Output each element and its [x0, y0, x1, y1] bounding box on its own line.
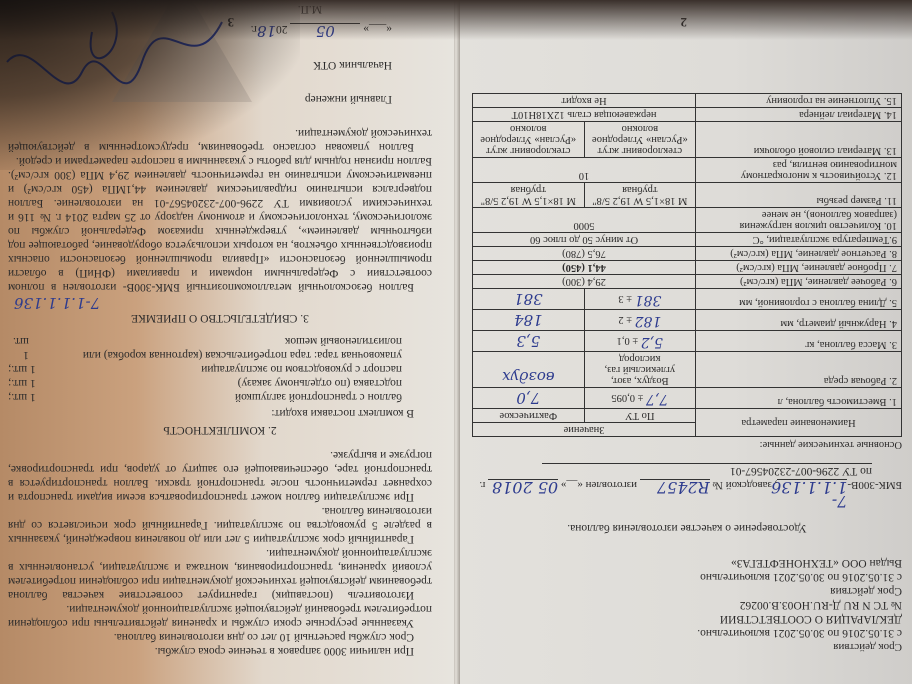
- param-cell: 13. Материал силовой оболочки: [696, 122, 902, 158]
- actual-handwritten: 5,3: [516, 332, 540, 350]
- warranty: Гарантийный срок эксплуатации 5 лет или …: [8, 504, 432, 546]
- value-cell: 44,1 (450): [473, 261, 696, 275]
- table-row: 15. Уплотнение на горловинуНе входит: [473, 94, 902, 108]
- value-cell: Не входит: [473, 94, 696, 108]
- by-tu-text: М 18×1,5 W 19,2 5/8" трубная: [592, 184, 687, 206]
- table-row: 8. Расчетное давление, МПа (кгс/см²)76,5…: [473, 247, 902, 261]
- actual-handwritten: 381: [514, 290, 543, 308]
- by-tu-cell: М 18×1,5 W 19,2 5/8" трубная: [584, 183, 696, 208]
- table-row: 9.Температура эксплуатации, °СОт минус 5…: [473, 233, 902, 247]
- table-row: 10. Количество циклов нагружения (заправ…: [473, 208, 902, 233]
- booklet-photo: Срок действия с 31.05.2016 по 30.05.2021…: [0, 0, 912, 684]
- by-tu-text: Воздух, азот, углекислый газ, кислород: [605, 353, 676, 386]
- table-row: 12. Устойчивость к многократному монтиро…: [473, 158, 902, 183]
- certificate-title: Удостоверение о качестве изготовления ба…: [472, 522, 902, 534]
- declaration-title: ДЕКЛАРАЦИЯ О СООТВЕТСТВИИ: [472, 612, 902, 626]
- header-by-tu: По ТУ: [584, 409, 696, 423]
- actual-cell: 381: [473, 289, 585, 310]
- by-tu-cell: 182 ± 2: [584, 310, 696, 331]
- qc-head-label: Начальник ОТК: [313, 58, 392, 72]
- kit-item-label: упаковочная тара: тара потребительская (…: [29, 334, 402, 362]
- param-cell: 9.Температура эксплуатации, °С: [696, 233, 902, 247]
- actual-handwritten: 184: [514, 311, 543, 329]
- actual-text: стеклоровинг жгут «Руслан» Углеродное во…: [480, 123, 576, 156]
- acceptance-model-handwritten: 7-1.1.1.136: [14, 294, 432, 312]
- by-tu-cell: 5,2 ± 0,1: [584, 331, 696, 352]
- by-tu-handwritten: 182: [635, 313, 662, 329]
- year-handwritten: 2018: [492, 478, 533, 497]
- value-cell: 5000: [473, 208, 696, 233]
- actual-cell: 5,3: [473, 331, 585, 352]
- by-tu-text: ± 3: [618, 293, 632, 304]
- param-cell: 5. Длина баллона с горловиной, мм: [696, 289, 902, 310]
- model: БМК-300В-: [847, 479, 902, 491]
- validity: с 31.05.2016 по 30.05.2021 включительно: [472, 570, 902, 584]
- manufactured-label: изготовлен «: [577, 479, 637, 491]
- kit-item: упаковочная тара: тара потребительская (…: [8, 334, 402, 362]
- issued-by: Выдан ООО «ТЕХНОНЕФТЕГАЗ»: [472, 556, 902, 570]
- actual-cell: воздух: [473, 352, 585, 388]
- kit-item-qty: 1 шт.: [8, 334, 29, 362]
- kit-item-label: паспорт с руководством по эксплуатации: [201, 362, 402, 376]
- chief-engineer-label: Главный инженер: [305, 92, 392, 106]
- param-cell: 11. Размер резьбы: [696, 183, 902, 208]
- table-row: 11. Размер резьбыМ 18×1,5 W 19,2 5/8" тр…: [473, 183, 902, 208]
- kit-item-qty: 1 шт.;: [8, 362, 36, 376]
- completeness-intro: В комплект поставки входит:: [8, 406, 432, 420]
- photo-shadow: [0, 0, 300, 170]
- tu-line: по ТУ 2296-007-23204567-01: [542, 463, 872, 478]
- service-life: При наличии 3000 заправок в течение срок…: [8, 602, 432, 658]
- by-tu-cell: 7,7 ± 0,095: [584, 388, 696, 409]
- service-life-line: Срок службы расчетный 10 лет со дня изго…: [8, 630, 432, 644]
- table-row: 1. Вместимость баллона, л7,7 ± 0,0957,0: [473, 388, 902, 409]
- by-tu-text: ± 2: [618, 314, 632, 325]
- declaration-number: № ТС N RU Д-RU.HO03.B.00262: [472, 598, 902, 612]
- manufacturer-guarantee: Изготовитель (поставщик) гарантирует соо…: [8, 546, 432, 602]
- kit-item: подставка (по отдельному заказу)1 шт.;: [8, 376, 402, 390]
- kit-item: паспорт с руководством по эксплуатации1 …: [8, 362, 402, 376]
- header-actual: Фактическое: [473, 409, 585, 423]
- by-tu-handwritten: 7,7: [646, 391, 668, 407]
- serial-handwritten: R2457: [640, 479, 710, 494]
- by-tu-cell: 381 ± 3: [584, 289, 696, 310]
- actual-cell: стеклоровинг жгут «Руслан» Углеродное во…: [473, 122, 585, 158]
- by-tu-text: ± 0,095: [611, 392, 643, 403]
- table-row: 13. Материал силовой оболочкистеклоровин…: [473, 122, 902, 158]
- param-cell: 7. Пробное давление, МПа (кгс/см²): [696, 261, 902, 275]
- value-cell: 76,5 (780): [473, 247, 696, 261]
- service-life-line: При наличии 3000 заправок в течение срок…: [8, 644, 432, 658]
- table-row: 3. Масса баллона, кг5,2 ± 0,15,3: [473, 331, 902, 352]
- actual-cell: М 18×1,5 W 19,2 5/8" трубная: [473, 183, 585, 208]
- param-cell: 15. Уплотнение на горловину: [696, 94, 902, 108]
- param-cell: 3. Масса баллона, кг: [696, 331, 902, 352]
- validity-label-top: Срок действия: [472, 640, 902, 654]
- actual-text: М 18×1,5 W 19,2 5/8" трубная: [481, 184, 576, 206]
- year-suffix: г.: [479, 479, 485, 491]
- kit-item-label: подставка (по отдельному заказу): [238, 376, 402, 390]
- table-row: 14. Материал лейнеранержавеющая сталь 12…: [473, 108, 902, 122]
- acceptance-text: Баллон безосколочный металлокомпозитный …: [8, 154, 432, 294]
- by-tu-cell: стеклоровинг жгут «Руслан» Углеродное во…: [584, 122, 696, 158]
- param-cell: 12. Устойчивость к многократному монтиро…: [696, 158, 902, 183]
- kit-item-qty: 1 шт.;: [8, 390, 36, 404]
- table-row: 6. Рабочее давление, МПа (кгс/см²)29,4 (…: [473, 275, 902, 289]
- table-row: 4. Наружный диаметр, мм182 ± 2184: [473, 310, 902, 331]
- by-tu-handwritten: 381: [635, 292, 662, 308]
- value-cell: нержавеющая сталь 12Х18Н10Т: [473, 108, 696, 122]
- param-cell: 8. Расчетное давление, МПа (кгс/см²): [696, 247, 902, 261]
- kit-list: баллон с транспортной заглушкой1 шт.;под…: [8, 334, 432, 404]
- actual-handwritten: воздух: [502, 368, 555, 386]
- param-cell: 6. Рабочее давление, МПа (кгс/см²): [696, 275, 902, 289]
- actual-cell: 184: [473, 310, 585, 331]
- model-handwritten: 7-1.1.1.136: [777, 479, 847, 508]
- serial-label: , заводской №: [712, 479, 777, 491]
- param-cell: 1. Вместимость баллона, л: [696, 388, 902, 409]
- table-row: 2. Рабочая средаВоздух, азот, углекислый…: [473, 352, 902, 388]
- acceptance-title: 3. СВИДЕТЕЛЬСТВО О ПРИЕМКЕ: [8, 312, 432, 324]
- tech-data-title: Основные технические данные:: [472, 437, 902, 451]
- value-cell: От минус 50 до плюс 60: [473, 233, 696, 247]
- value-cell: 10: [473, 158, 696, 183]
- param-cell: 4. Наружный диаметр, мм: [696, 310, 902, 331]
- model-line: БМК-300В-7-1.1.1.136, заводской № R2457 …: [472, 478, 902, 508]
- param-cell: 2. Рабочая среда: [696, 352, 902, 388]
- kit-item-qty: 1 шт.;: [8, 376, 36, 390]
- by-tu-text: стеклоровинг жгут «Руслан» Углеродное во…: [592, 123, 688, 156]
- header-value: Значение: [473, 423, 696, 437]
- spec-table: Наименование параметра Значение По ТУ Фа…: [472, 93, 902, 437]
- param-cell: 14. Материал лейнера: [696, 108, 902, 122]
- table-row: 5. Длина баллона с горловиной, мм381 ± 3…: [473, 289, 902, 310]
- by-tu-handwritten: 5,2: [641, 334, 663, 350]
- transport: При эксплуатации баллон может транспорти…: [8, 448, 432, 504]
- actual-cell: 7,0: [473, 388, 585, 409]
- kit-item: баллон с транспортной заглушкой1 шт.;: [8, 390, 402, 404]
- value-cell: 29,4 (300): [473, 275, 696, 289]
- page-2: Срок действия с 31.05.2016 по 30.05.2021…: [458, 0, 912, 684]
- table-row: 7. Пробное давление, МПа (кгс/см²)44,1 (…: [473, 261, 902, 275]
- completeness-title: 2. КОМПЛЕКТНОСТЬ: [8, 424, 432, 436]
- service-life-line: Указанные ресурсные сроки службы и хране…: [8, 602, 432, 630]
- month-handwritten: 05: [538, 478, 558, 497]
- by-tu-text: ± 0,1: [617, 335, 639, 346]
- actual-handwritten: 7,0: [516, 389, 540, 407]
- validity-label: Срок действия: [472, 584, 902, 598]
- kit-item-label: баллон с транспортной заглушкой: [235, 390, 402, 404]
- by-tu-cell: Воздух, азот, углекислый газ, кислород: [584, 352, 696, 388]
- param-cell: 10. Количество циклов нагружения (заправ…: [696, 208, 902, 233]
- validity-top: с 31.05.2016 по 30.05.2021 включительно.: [472, 626, 902, 640]
- header-param: Наименование параметра: [696, 409, 902, 437]
